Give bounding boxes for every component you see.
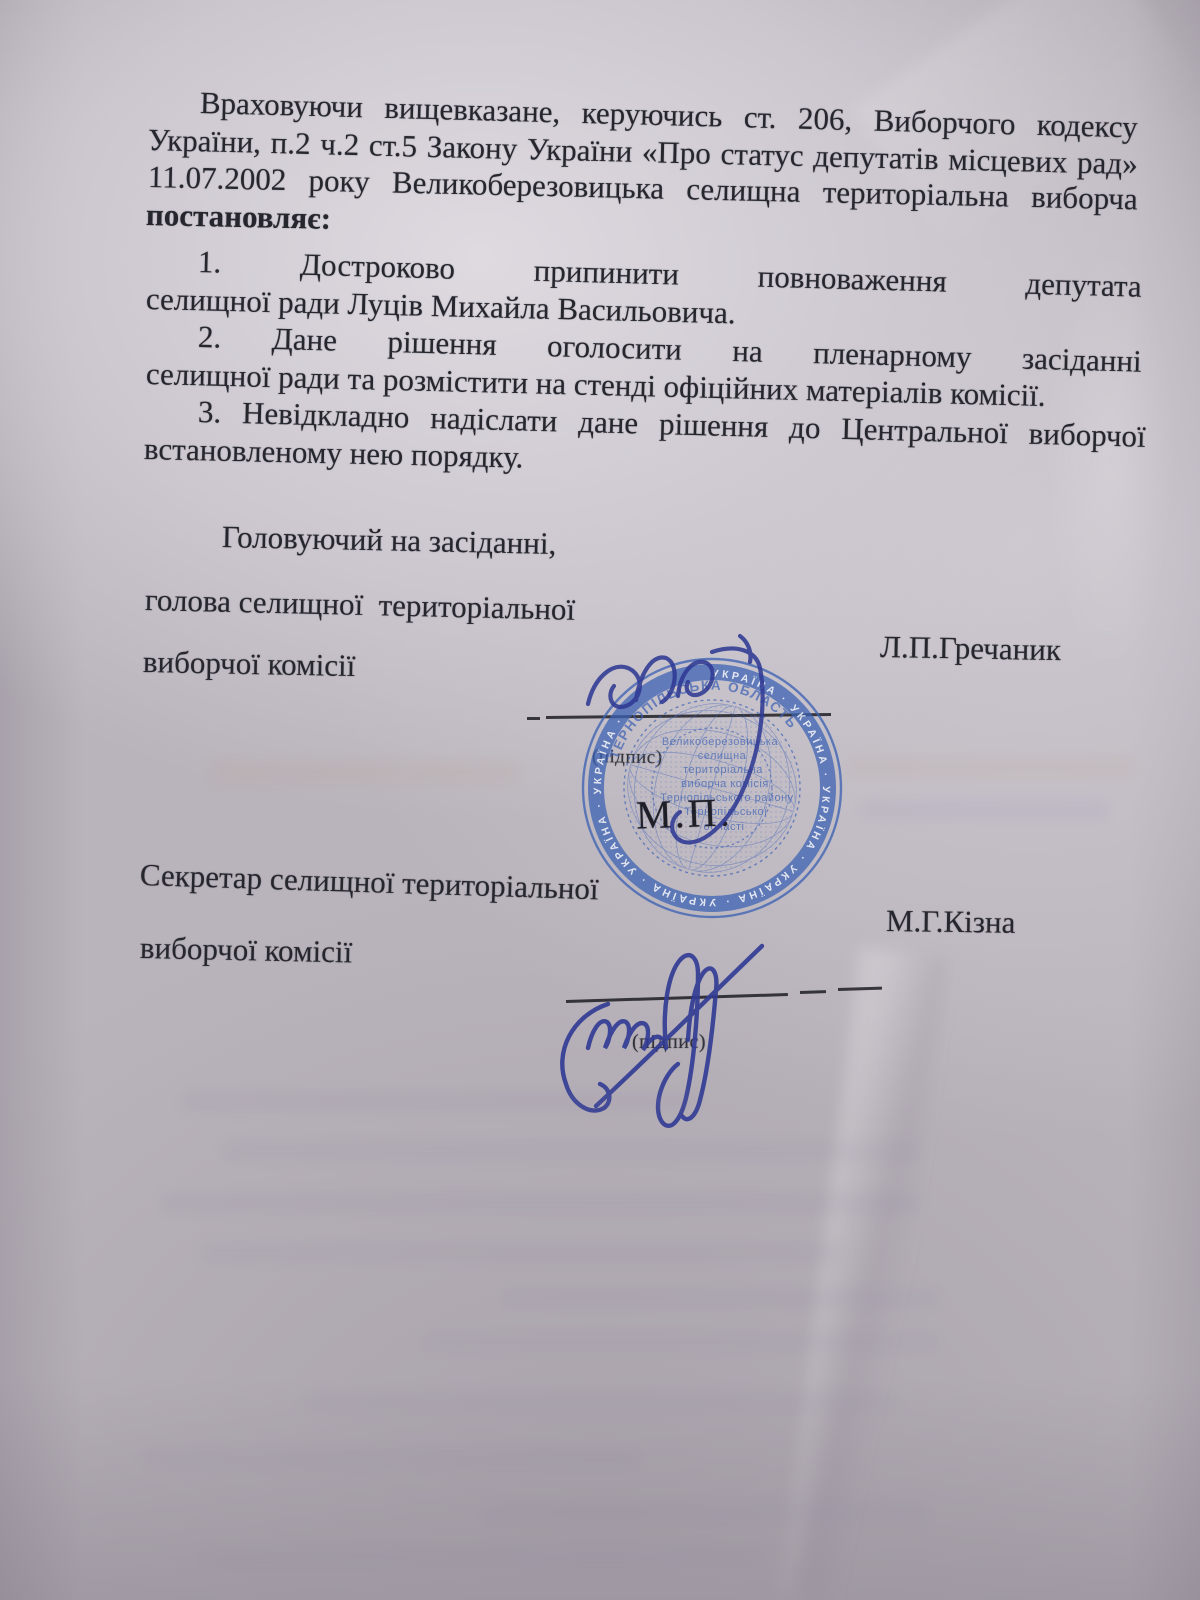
bleed-through-text-region — [200, 1242, 840, 1264]
bleed-through-text-region — [300, 1392, 900, 1412]
bleed-through-text-region — [220, 1140, 920, 1162]
bleed-through-text-region — [500, 1288, 940, 1308]
bleed-through-text-region — [180, 1090, 700, 1112]
bleed-through-text-region — [420, 1332, 940, 1352]
bleed-through-text-region — [140, 1448, 640, 1468]
bleed-through-text-region — [846, 756, 1136, 778]
photographed-document: Враховуючи вищевказане, керуючись ст. 20… — [0, 0, 1200, 1600]
bleed-through-text-region — [160, 1192, 920, 1214]
chairman-signature — [588, 636, 763, 842]
bleed-through-text-region — [480, 1502, 930, 1522]
bleed-through-text-region — [200, 1548, 760, 1566]
bleed-through-text-region — [860, 800, 1110, 820]
bleed-through-text-region — [210, 760, 520, 784]
